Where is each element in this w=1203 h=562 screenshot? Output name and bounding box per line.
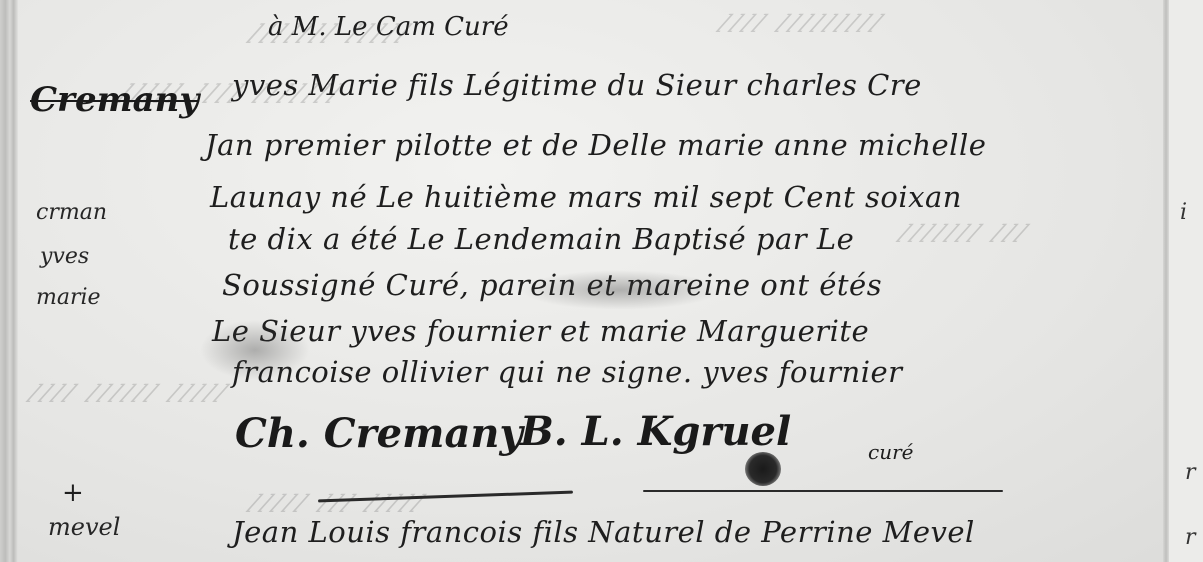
entry-2-first-line: Jean Louis francois fils Naturel de Perr… [232,515,975,549]
signature-cure: B. L. Kgruel [520,408,791,455]
adjacent-page-fragment: r [1185,525,1196,550]
signature-cremany: Ch. Cremany [235,410,523,457]
entry-line: Le Sieur yves fournier et marie Margueri… [212,314,869,348]
adjacent-page-fragment: i [1180,200,1187,225]
ink-smudge [200,320,310,380]
header-note: à M. Le Cam Curé [268,12,509,42]
signature-flourish [643,490,1003,492]
entry-line: francoise ollivier qui ne signe. yves fo… [232,355,903,389]
ink-smudge [520,270,720,310]
bleed-through-text: llll llllll lllll [20,380,238,408]
ink-blot [745,452,781,486]
manuscript-page: lllllll lllll lllll llll lllllll llll ll… [0,0,1203,562]
margin-note-line: marie [36,285,101,310]
entry-line: te dix a été Le Lendemain Baptisé par Le [228,222,854,256]
binding-edge-left [0,0,18,562]
margin-note-line: yves [40,244,89,269]
adjacent-page-fragment: r [1185,460,1196,485]
deceased-cross-mark: + [62,478,84,508]
bleed-through-text: lllllll lll [890,220,1038,248]
entry-line: Jan premier pilotte et de Delle marie an… [205,128,986,162]
entry-line: yves Marie fils Légitime du Sieur charle… [232,68,922,102]
signature-title: curé [868,440,913,464]
bleed-through-text: lllll lll lllll [240,490,435,518]
margin-name-struck: Cremany [30,80,199,120]
entry-line: Launay né Le huitième mars mil sept Cent… [210,180,962,214]
margin-note-entry-2: mevel [48,513,120,541]
margin-note-line: crman [36,200,107,225]
bleed-through-text: llll lllllllll [710,10,893,38]
